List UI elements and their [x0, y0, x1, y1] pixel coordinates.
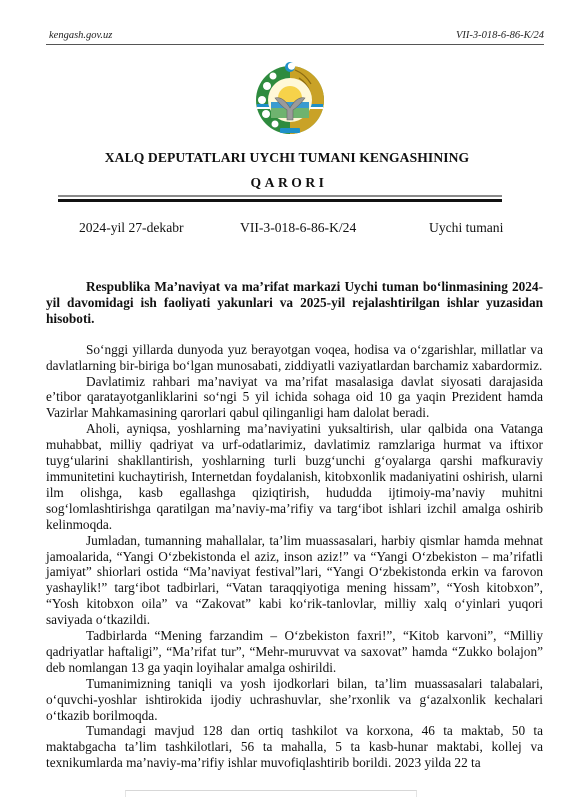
paragraph: Tumandagi mavjud 128 dan ortiq tashkilot… [46, 723, 543, 771]
paragraph: So‘nggi yillarda dunyoda yuz berayotgan … [46, 342, 543, 374]
site-name: kengash.gov.uz [49, 30, 112, 41]
paragraph: Davlatimiz rahbari ma’naviyat va ma’rifa… [46, 374, 543, 422]
table-top-edge [125, 790, 417, 797]
decree-title: QARORI [0, 175, 574, 191]
paragraph: Aholi, ayniqsa, yoshlarning ma’naviyatin… [46, 421, 543, 532]
decree-place: Uychi tumani [429, 220, 503, 236]
decree-date: 2024-yil 27-dekabr [79, 220, 184, 236]
paragraph: Tumanimizning taniqli va yosh ijodkorlar… [46, 676, 543, 724]
page-header: kengash.gov.uz VII-3-018-6-86-K/24 [46, 28, 544, 45]
decree-subject: Respublika Ma’naviyat va ma’rifat markaz… [46, 279, 543, 327]
paragraph: Tadbirlarda “Mening farzandim – O‘zbekis… [46, 628, 543, 676]
decree-number: VII-3-018-6-86-K/24 [240, 220, 356, 236]
state-emblem-icon [251, 58, 329, 136]
paragraph: Jumladan, tumanning mahallalar, ta’lim m… [46, 533, 543, 628]
council-title: XALQ DEPUTATLARI UYCHI TUMANI KENGASHINI… [0, 150, 574, 166]
title-divider [58, 195, 502, 202]
document-body: Respublika Ma’naviyat va ma’rifat markaz… [46, 279, 543, 771]
document-code: VII-3-018-6-86-K/24 [456, 30, 544, 41]
